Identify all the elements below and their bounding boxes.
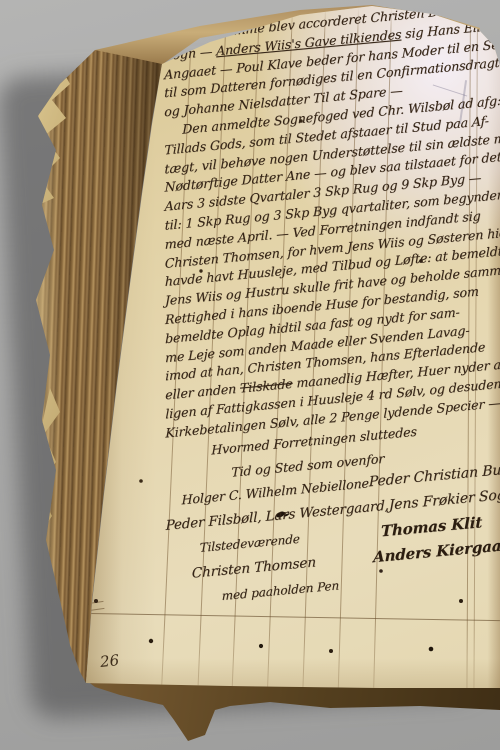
ledger-photograph: Det samme blev accorderet Christen Danie… (0, 0, 500, 750)
handwriting-block: Det samme blev accorderet Christen Danie… (164, 0, 500, 614)
struck-word: Tilskade (240, 376, 293, 396)
foxing-specks (80, 4, 82, 6)
page-number: 26 (99, 651, 120, 671)
horizontal-rule (90, 613, 500, 621)
